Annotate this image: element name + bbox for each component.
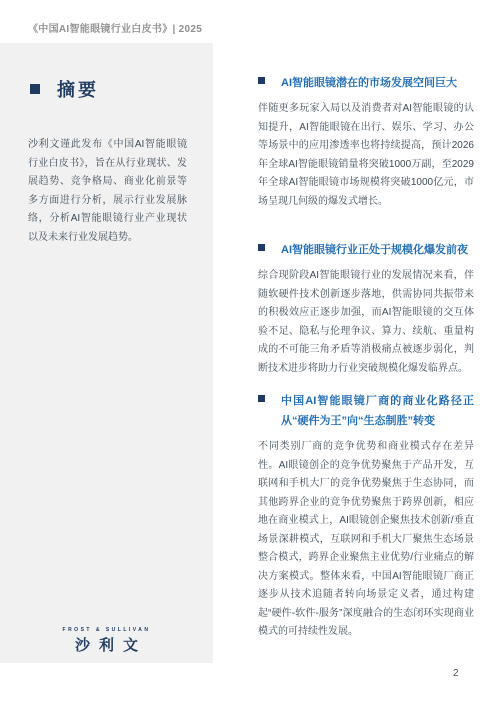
abstract-title: 摘要: [57, 76, 99, 102]
section-eve-of-explosion: AI智能眼镜行业正处于规模化爆发前夜 综合现阶段AI智能眼镜行业的发展情况来看，…: [258, 240, 474, 378]
section-commercialization-path: 中国AI智能眼镜厂商的商业化路径正从“硬件为王”向“生态制胜”转变 不同类别厂商…: [258, 391, 474, 642]
section-market-potential: AI智能眼镜潜在的市场发展空间巨大 伴随更多玩家入局以及消费者对AI智能眼镜的认…: [258, 73, 474, 211]
section-heading: AI智能眼镜潜在的市场发展空间巨大: [258, 73, 474, 93]
section-heading-text: AI智能眼镜行业正处于规模化爆发前夜: [281, 240, 468, 260]
section-body-text: 不同类别厂商的竞争优势和商业模式存在差异性。AI眼镜创企的竞争优势聚焦于产品开发…: [258, 438, 474, 642]
logo-wordmark-en: FROST & SULLIVAN: [0, 627, 213, 633]
summary-main-column: AI智能眼镜潜在的市场发展空间巨大 伴随更多玩家入局以及消费者对AI智能眼镜的认…: [258, 43, 474, 642]
square-bullet-icon: [258, 395, 265, 402]
whitepaper-page: 《中国AI智能眼镜行业白皮书》| 2025 摘要 沙利文谨此发布《中国AI智能眼…: [0, 0, 500, 711]
section-heading: 中国AI智能眼镜厂商的商业化路径正从“硬件为王”向“生态制胜”转变: [258, 391, 474, 431]
document-running-header: 《中国AI智能眼镜行业白皮书》| 2025: [28, 20, 202, 35]
frost-sullivan-logo: FROST & SULLIVAN 沙利文: [0, 627, 213, 655]
logo-wordmark-cn: 沙利文: [0, 634, 213, 655]
square-bullet-icon: [30, 84, 40, 94]
abstract-sidebar-panel: 摘要 沙利文谨此发布《中国AI智能眼镜行业白皮书》，旨在从行业现状、发展趋势、竞…: [0, 43, 213, 663]
abstract-heading: 摘要: [30, 76, 213, 102]
section-body-text: 综合现阶段AI智能眼镜行业的发展情况来看，伴随软硬件技术创新逐步落地，供需协同共…: [258, 267, 474, 378]
section-heading-text: 中国AI智能眼镜厂商的商业化路径正从“硬件为王”向“生态制胜”转变: [281, 391, 474, 431]
section-heading: AI智能眼镜行业正处于规模化爆发前夜: [258, 240, 474, 260]
section-heading-text: AI智能眼镜潜在的市场发展空间巨大: [281, 73, 457, 93]
abstract-intro-paragraph: 沙利文谨此发布《中国AI智能眼镜行业白皮书》，旨在从行业现状、发展趋势、竞争格局…: [28, 136, 187, 247]
square-bullet-icon: [258, 244, 265, 251]
square-bullet-icon: [258, 77, 265, 84]
page-number: 2: [453, 668, 459, 679]
section-body-text: 伴随更多玩家入局以及消费者对AI智能眼镜的认知提升，AI智能眼镜在出行、娱乐、学…: [258, 100, 474, 211]
